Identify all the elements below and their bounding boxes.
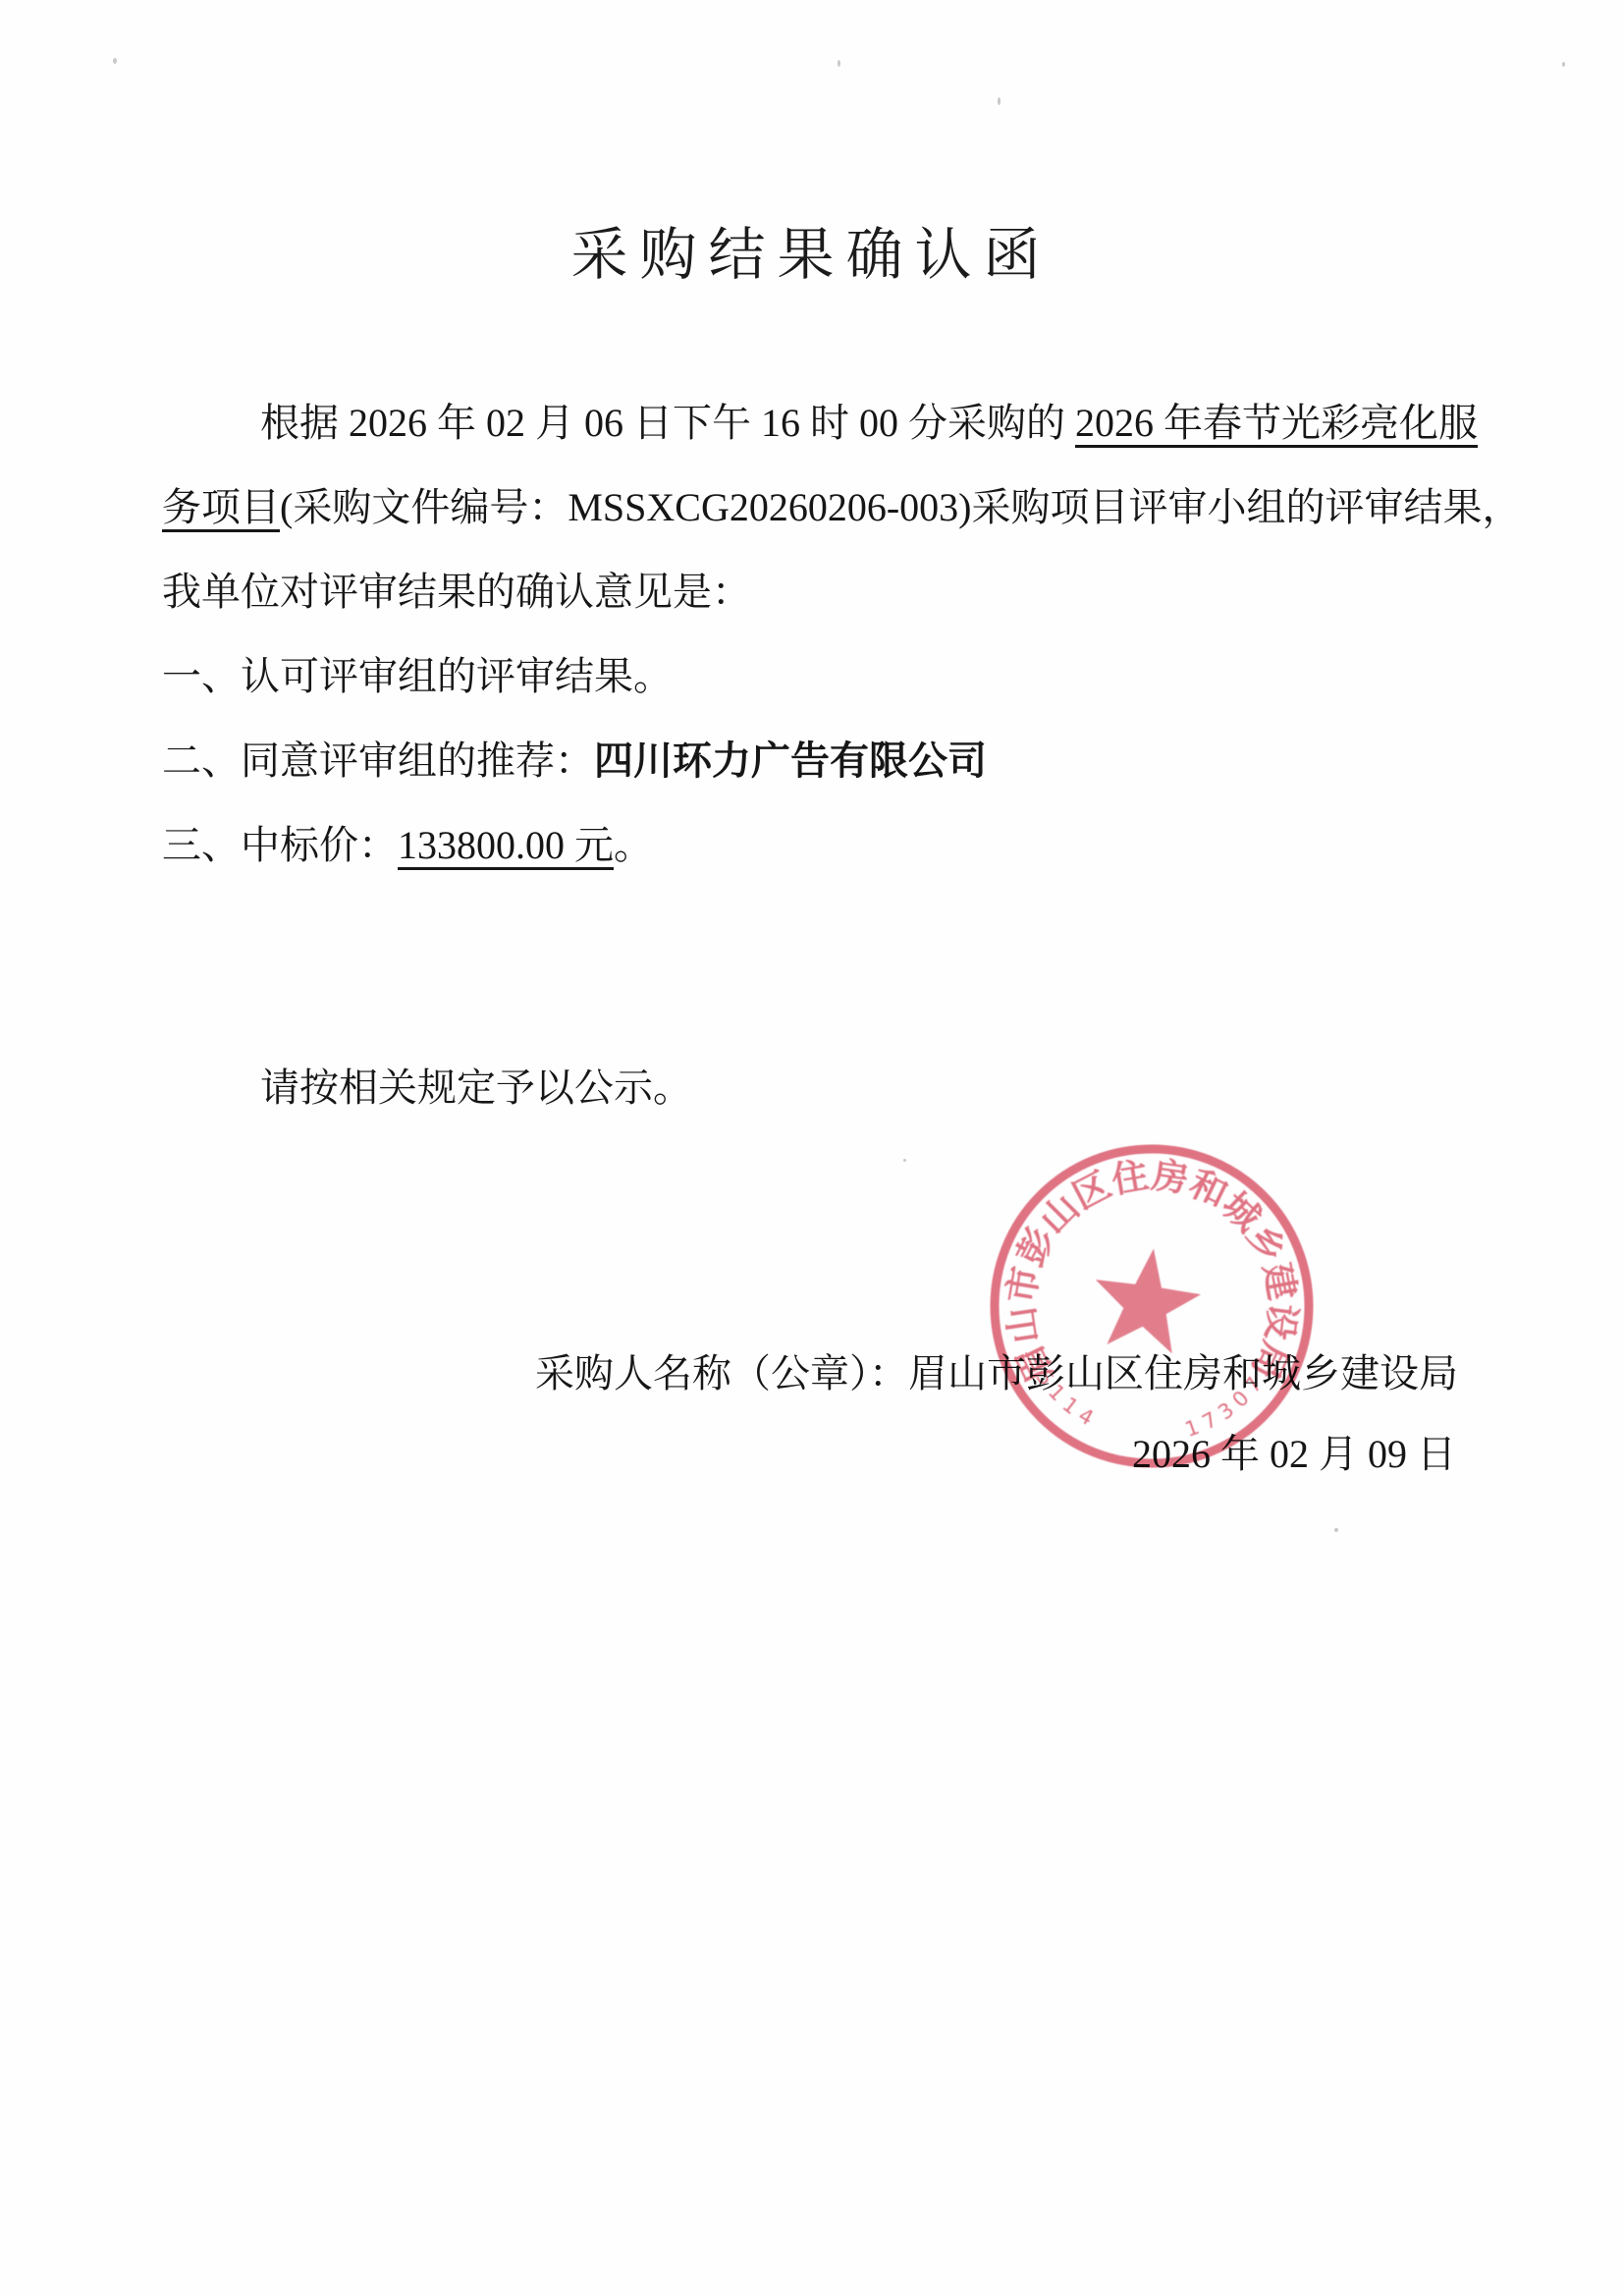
document-page: 采购结果确认函 根据 2026 年 02 月 06 日下午 16 时 00 分采… xyxy=(0,0,1623,2296)
text-segment: 务项目 xyxy=(162,485,280,529)
text-segment: 三、中标价： xyxy=(162,823,398,867)
scan-speck xyxy=(998,97,1001,105)
text-segment: 四川环力广告有限公司 xyxy=(594,739,987,783)
document-title: 采购结果确认函 xyxy=(0,208,1623,291)
text-segment: 我单位对评审结果的确认意见是： xyxy=(162,570,751,614)
text-segment: 一、认可评审组的评审结果。 xyxy=(162,654,673,698)
body-line: 务项目(采购文件编号：MSSXCG20260206-003)采购项目评审小组的评… xyxy=(162,465,1478,550)
body-line: 一、认可评审组的评审结果。 xyxy=(162,634,1478,719)
official-seal-stamp: 眉山市彭山区住房和城乡建设局 5114 17307 xyxy=(983,1137,1321,1475)
body-line: 我单位对评审结果的确认意见是： xyxy=(162,550,1478,634)
text-segment: (采购文件编号：MSSXCG20260206-003)采购项目评审小组的评审结果… xyxy=(280,485,1521,529)
scan-speck xyxy=(903,1159,906,1162)
signature-label: 采购人名称（公章）： xyxy=(535,1351,908,1395)
scan-speck xyxy=(1334,1528,1338,1532)
scan-speck xyxy=(1562,62,1565,67)
star-icon xyxy=(1087,1241,1207,1356)
text-segment: 2026 年春节光彩亮化服 xyxy=(1075,401,1478,445)
body-line: 根据 2026 年 02 月 06 日下午 16 时 00 分采购的 2026 … xyxy=(162,381,1478,465)
seal-serial-right: 17307 xyxy=(1182,1367,1271,1442)
text-segment: 133800.00 元 xyxy=(398,823,614,867)
text-segment: 二、同意评审组的推荐： xyxy=(162,738,594,783)
body-line: 三、中标价：133800.00 元。 xyxy=(162,803,1478,888)
text-segment: 。 xyxy=(614,823,653,867)
scan-speck xyxy=(113,58,117,64)
body-paragraph: 根据 2026 年 02 月 06 日下午 16 时 00 分采购的 2026 … xyxy=(162,381,1478,888)
text-segment: 根据 2026 年 02 月 06 日下午 16 时 00 分采购的 xyxy=(260,401,1075,445)
body-line: 二、同意评审组的推荐：四川环力广告有限公司 xyxy=(162,719,1478,803)
scan-speck xyxy=(838,60,840,67)
notice-line: 请按相关规定予以公示。 xyxy=(162,1068,1576,1108)
